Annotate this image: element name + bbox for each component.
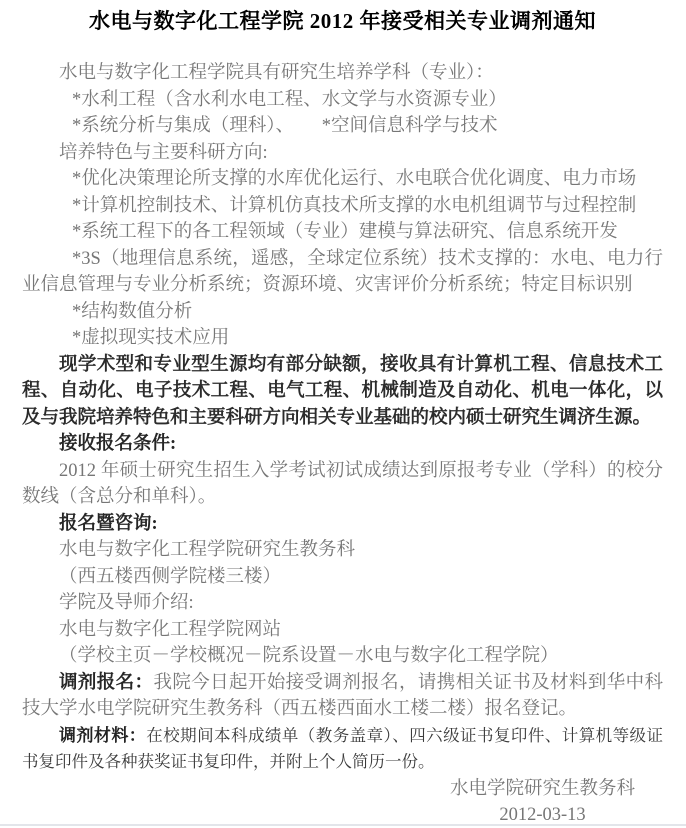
- apply-paragraph: 调剂报名：我院今日起开始接受调剂报名，请携相关证书及材料到华中科技大学水电学院研…: [22, 670, 663, 723]
- signature-block: 水电学院研究生教务科 2012-03-13: [22, 776, 663, 828]
- research-item: *优化决策理论所支撑的水库优化运行、水电联合优化调度、电力市场: [22, 166, 663, 193]
- advisor-intro-heading: 学院及导师介绍:: [22, 590, 663, 617]
- website-line: 水电与数字化工程学院网站: [22, 617, 663, 644]
- apply-label: 调剂报名：: [59, 673, 153, 693]
- conditions-text: 2012 年硕士研究生招生入学考试初试成绩达到原报考专业（学科）的校分数线（含总…: [22, 458, 663, 511]
- registration-heading: 报名暨咨询:: [22, 511, 663, 538]
- page-bottom-divider: [0, 824, 686, 826]
- registration-office: 水电与数字化工程学院研究生教务科: [22, 537, 663, 564]
- research-item: *计算机控制技术、计算机仿真技术所支撑的水电机组调节与过程控制: [22, 193, 663, 220]
- research-item: *3S（地理信息系统，遥感，全球定位系统）技术支撑的：水电、电力行业信息管理与专…: [22, 246, 663, 299]
- signature-department: 水电学院研究生教务科: [450, 776, 635, 803]
- research-item: *系统工程下的各工程领域（专业）建模与算法研究、信息系统开发: [22, 219, 663, 246]
- vacancy-paragraph: 现学术型和专业型生源均有部分缺额，接收具有计算机工程、信息技术工程、自动化、电子…: [22, 352, 663, 432]
- signature-inner: 水电学院研究生教务科 2012-03-13: [450, 776, 635, 828]
- intro-line: 水电与数字化工程学院具有研究生培养学科（专业）：: [22, 60, 663, 87]
- materials-label: 调剂材料：: [59, 726, 146, 745]
- research-item: *虚拟现实技术应用: [22, 325, 663, 352]
- major-item: *系统分析与集成（理科）、 *空间信息科学与技术: [22, 113, 663, 140]
- conditions-heading: 接收报名条件:: [22, 431, 663, 458]
- registration-location: （西五楼西侧学院楼三楼）: [22, 564, 663, 591]
- major-item: *水利工程（含水利水电工程、水文学与水资源专业）: [22, 87, 663, 114]
- research-item: *结构数值分析: [22, 299, 663, 326]
- materials-paragraph: 调剂材料：在校期间本科成绩单（教务盖章）、四六级证书复印件、计算机等级证书复印件…: [22, 723, 663, 776]
- research-heading: 培养特色与主要科研方向:: [22, 140, 663, 167]
- website-path-line: （学校主页－学校概况－院系设置－水电与数字化工程学院）: [22, 643, 663, 670]
- notice-document: 水电与数字化工程学院 2012 年接受相关专业调剂通知 水电与数字化工程学院具有…: [0, 0, 686, 828]
- page-title: 水电与数字化工程学院 2012 年接受相关专业调剂通知: [22, 6, 663, 36]
